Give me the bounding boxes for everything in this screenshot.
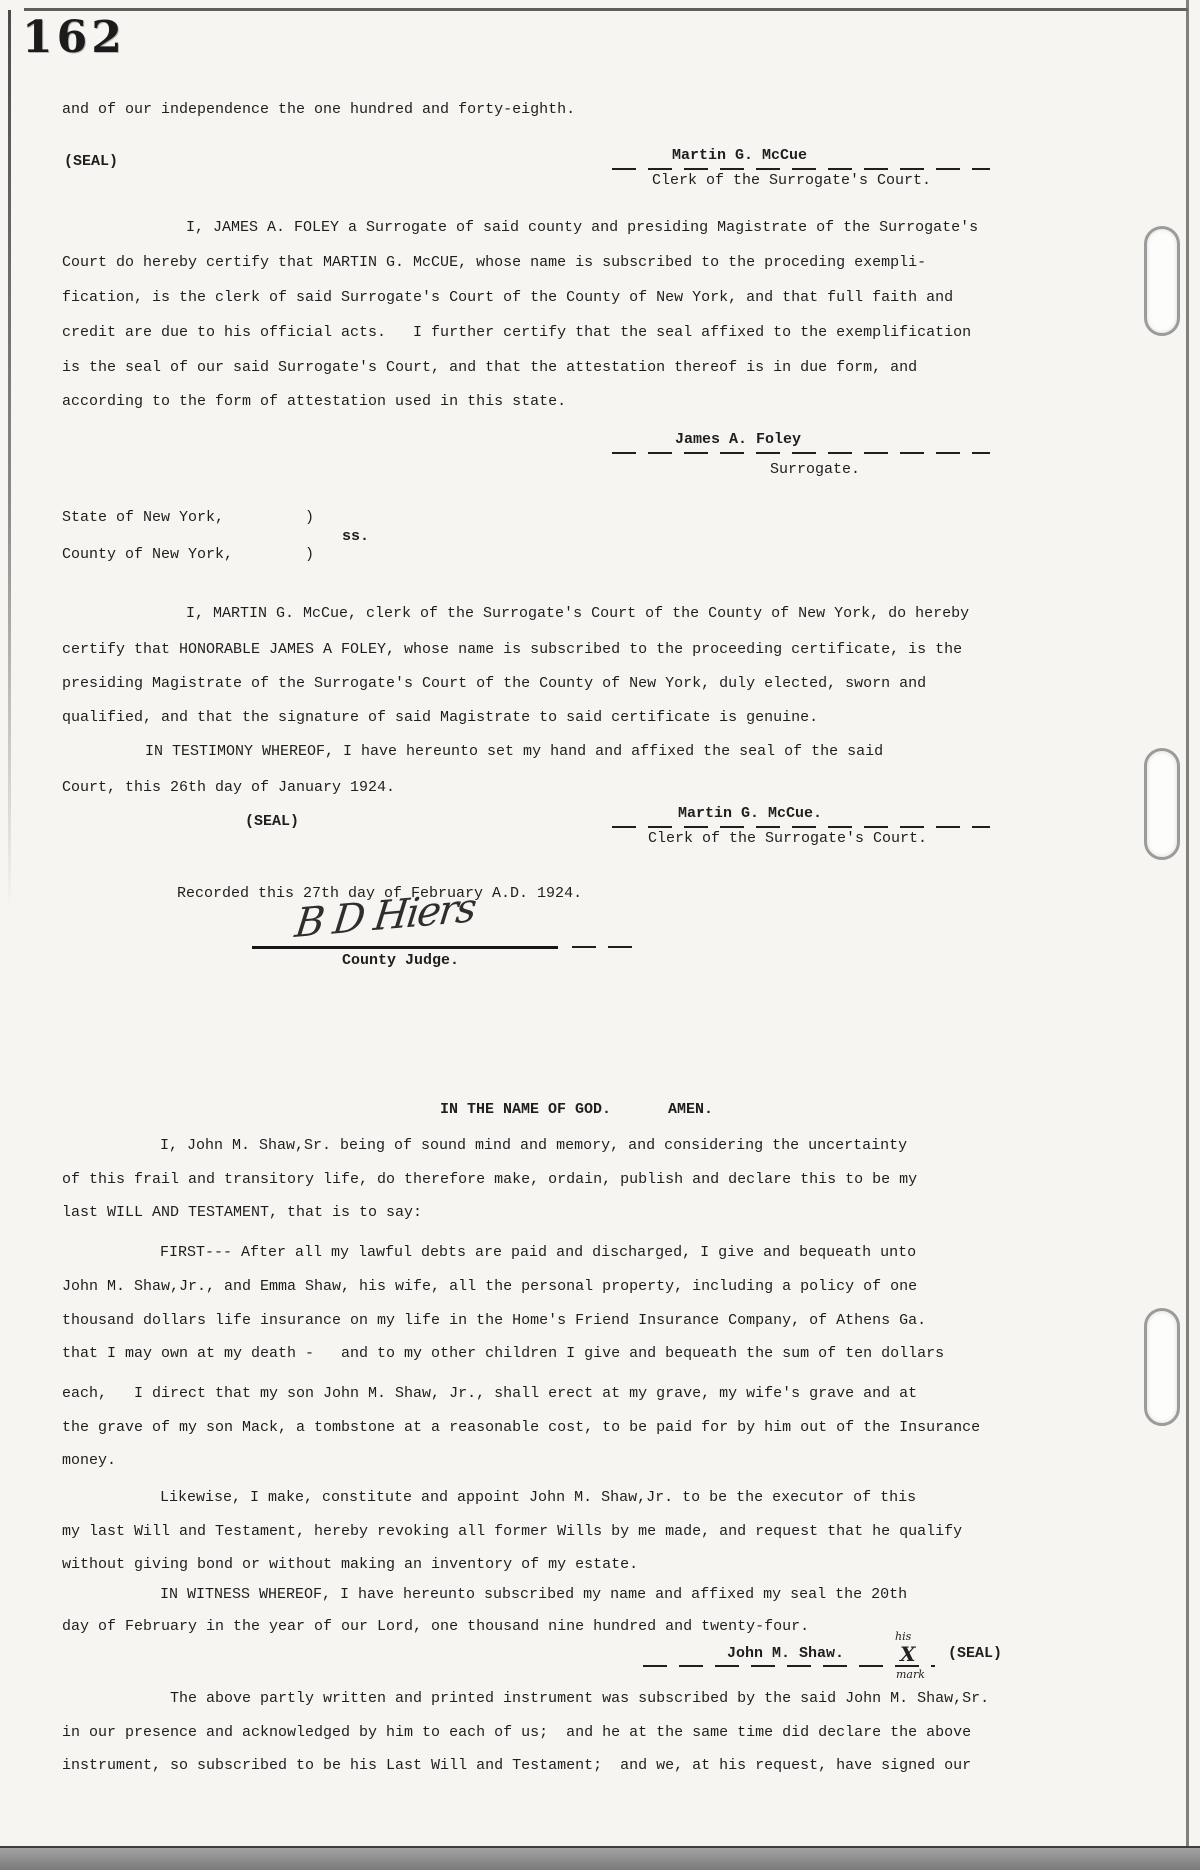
x-mark: X: [900, 1642, 916, 1666]
document-line: FIRST--- After all my lawful debts are p…: [160, 1243, 916, 1263]
document-line: instrument, so subscribed to be his Last…: [62, 1756, 971, 1776]
document-line: certify that HONORABLE JAMES A FOLEY, wh…: [62, 640, 962, 660]
document-line: that I may own at my death - and to my o…: [62, 1344, 944, 1364]
document-line: my last Will and Testament, hereby revok…: [62, 1522, 962, 1542]
venue-county: County of New York, ): [62, 545, 314, 565]
document-line: Court do hereby certify that MARTIN G. M…: [62, 253, 926, 273]
signature-line: [612, 168, 990, 170]
signature-title: Clerk of the Surrogate's Court.: [648, 829, 927, 849]
seal-label: (SEAL): [64, 152, 118, 172]
testator-signature-name: John M. Shaw.: [727, 1644, 844, 1664]
document-line: fication, is the clerk of said Surrogate…: [62, 288, 953, 308]
document-line: according to the form of attestation use…: [62, 392, 566, 412]
will-heading-amen: AMEN.: [668, 1100, 713, 1120]
document-line: presiding Magistrate of the Surrogate's …: [62, 674, 926, 694]
document-line: each, I direct that my son John M. Shaw,…: [62, 1384, 917, 1404]
document-line: John M. Shaw,Jr., and Emma Shaw, his wif…: [62, 1277, 917, 1297]
document-line: IN WITNESS WHEREOF, I have hereunto subs…: [160, 1585, 907, 1605]
document-line: qualified, and that the signature of sai…: [62, 708, 818, 728]
document-line: Court, this 26th day of January 1924.: [62, 778, 395, 798]
document-line: I, John M. Shaw,Sr. being of sound mind …: [160, 1136, 907, 1156]
seal-label: (SEAL): [948, 1644, 1002, 1664]
document-line: the grave of my son Mack, a tombstone at…: [62, 1418, 980, 1438]
document-line: credit are due to his official acts. I f…: [62, 323, 971, 343]
signature-line: [612, 452, 990, 454]
signature-line: [572, 946, 632, 948]
binder-slot: [1144, 1308, 1180, 1426]
document-line: Likewise, I make, constitute and appoint…: [160, 1488, 916, 1508]
will-heading: IN THE NAME OF GOD.: [440, 1100, 611, 1120]
page-number: 162: [22, 12, 126, 63]
signature-name: Martin G. McCue.: [678, 804, 822, 824]
document-line: IN TESTIMONY WHEREOF, I have hereunto se…: [145, 742, 883, 762]
document-line: without giving bond or without making an…: [62, 1555, 638, 1575]
document-line: I, MARTIN G. McCue, clerk of the Surroga…: [186, 604, 969, 624]
page-top-edge-line: [24, 8, 1188, 11]
scan-bottom-edge: [0, 1846, 1200, 1870]
scanned-document-page: 162 and of our independence the one hund…: [0, 0, 1200, 1870]
document-line: I, JAMES A. FOLEY a Surrogate of said co…: [186, 218, 978, 238]
page-left-edge-line: [8, 10, 11, 910]
binder-slot: [1144, 226, 1180, 336]
signature-title: Clerk of the Surrogate's Court.: [652, 171, 931, 191]
document-line: in our presence and acknowledged by him …: [62, 1723, 971, 1743]
document-line: last WILL AND TESTAMENT, that is to say:: [62, 1203, 422, 1223]
venue-state: State of New York, ): [62, 508, 314, 528]
document-line: money.: [62, 1451, 116, 1471]
document-line: day of February in the year of our Lord,…: [62, 1617, 809, 1637]
signature-title: Surrogate.: [770, 460, 860, 480]
page-right-edge-line: [1186, 0, 1189, 1848]
judge-title: County Judge.: [342, 951, 459, 971]
signature-line: [643, 1665, 935, 1667]
venue-ss: ss.: [342, 527, 369, 547]
binder-slot: [1144, 748, 1180, 860]
document-line: and of our independence the one hundred …: [62, 100, 575, 120]
document-line: thousand dollars life insurance on my li…: [62, 1311, 926, 1331]
signature-line: [252, 946, 558, 949]
signature-name: James A. Foley: [675, 430, 801, 450]
document-line: The above partly written and printed ins…: [170, 1689, 989, 1709]
signature-name: Martin G. McCue: [672, 146, 807, 166]
document-line: is the seal of our said Surrogate's Cour…: [62, 358, 917, 378]
signature-line: [612, 826, 990, 828]
his-mark-label-bottom: mark: [896, 1668, 925, 1681]
seal-label: (SEAL): [245, 812, 299, 832]
document-line: of this frail and transitory life, do th…: [62, 1170, 917, 1190]
